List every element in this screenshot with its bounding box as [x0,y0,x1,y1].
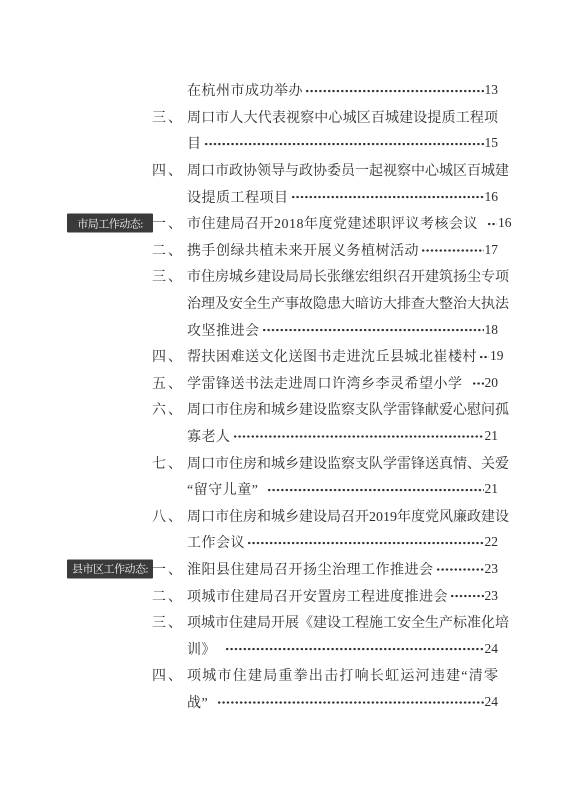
page-number: 24 [485,641,499,657]
toc-line: 四、项城市住建局重拳出击打响长虹运河违建“清零 [0,662,565,689]
toc-line: 二、携手创绿共植未来开展义务植树活动17 [0,237,565,264]
section-badge: 市局工作动态: [67,214,153,233]
item-number: 二、 [152,586,187,606]
item-text: 工作会议 [187,532,245,552]
toc-line: 目15 [0,130,565,157]
item-text: 设提质工程项目 [187,187,289,207]
page-number: 19 [490,348,504,364]
page-number: 22 [485,534,499,550]
dot-leader [233,423,484,450]
item-text: 周口市住房和城乡建设局召开2019年度党风廉政建设 [187,506,509,526]
item-text: “留守儿童” [187,479,258,499]
toc-line: 三、项城市住建局开展《建设工程施工安全生产标准化培 [0,609,565,636]
dot-leader [217,689,483,716]
toc-line: 六、周口市住房和城乡建设监察支队学雷锋献爱心慰问孤 [0,396,565,423]
page-number: 17 [485,242,499,258]
item-number: 一、 [152,213,187,233]
dot-leader [450,582,484,609]
toc-line: 在杭州市成功举办13 [0,77,565,104]
item-number: 三、 [152,612,187,632]
toc-line: “留守儿童”21 [0,476,565,503]
item-text: 周口市人大代表视察中心城区百城建设提质工程项 [187,107,498,127]
item-number: 七、 [152,453,187,473]
item-number: 四、 [152,665,187,685]
item-text: 周口市政协领导与政协委员一起视察中心城区百城建 [187,160,509,180]
item-text: 项城市住建局开展《建设工程施工安全生产标准化培 [187,612,509,632]
dot-leader [479,343,489,370]
toc-line: 治理及安全生产事故隐患大暗访大排查大整治大执法 [0,290,565,317]
item-text: 学雷锋送书法走进周口许湾乡李灵希望小学 [187,373,463,393]
page-number: 21 [485,481,499,497]
page-number: 21 [485,428,499,444]
item-text: 周口市住房和城乡建设监察支队学雷锋献爱心慰问孤 [187,399,509,419]
dot-leader [472,370,484,397]
dot-leader [267,476,483,503]
item-text: 市住建局召开2018年度党建述职评议考核会议 [187,213,478,233]
dot-leader [247,529,484,556]
item-number: 六、 [152,399,187,419]
dot-leader [305,77,484,104]
page-number: 23 [485,561,499,577]
toc: 在杭州市成功举办13三、周口市人大代表视察中心城区百城建设提质工程项目15四、周… [0,77,565,715]
item-text: 目 [187,133,202,153]
item-text: 携手创绿共植未来开展义务植树活动 [187,240,419,260]
toc-line: 四、帮扶困难送文化送图书走进沈丘县城北崔楼村19 [0,343,565,370]
item-number: 八、 [152,506,187,526]
page-number: 16 [498,215,512,231]
item-number: 一、 [152,559,187,579]
page-number: 18 [485,322,499,338]
toc-line: 二、项城市住建局召开安置房工程进度推进会23 [0,582,565,609]
toc-line: 县市区工作动态:一、淮阳县住建局召开扬尘治理工作推进会23 [0,556,565,583]
dot-leader [421,237,484,264]
item-text: 寡老人 [187,426,231,446]
item-text: 淮阳县住建局召开扬尘治理工作推进会 [187,559,434,579]
toc-line: 设提质工程项目16 [0,183,565,210]
toc-line: 七、周口市住房和城乡建设监察支队学雷锋送真情、关爱 [0,449,565,476]
item-number: 四、 [152,160,187,180]
dot-leader [291,183,484,210]
item-number: 五、 [152,373,187,393]
toc-line: 训》24 [0,635,565,662]
item-text: 周口市住房和城乡建设监察支队学雷锋送真情、关爱 [187,453,509,473]
toc-line: 五、学雷锋送书法走进周口许湾乡李灵希望小学20 [0,370,565,397]
page-number: 16 [485,189,499,205]
item-text: 项城市住建局重拳出击打响长虹运河违建“清零 [187,665,498,685]
item-number: 二、 [152,240,187,260]
item-text: 帮扶困难送文化送图书走进沈丘县城北崔楼村 [187,346,477,366]
toc-line: 工作会议22 [0,529,565,556]
toc-line: 三、周口市人大代表视察中心城区百城建设提质工程项 [0,104,565,131]
toc-line: 攻坚推进会18 [0,316,565,343]
page-number: 24 [485,694,499,710]
toc-line: 四、周口市政协领导与政协委员一起视察中心城区百城建 [0,157,565,184]
toc-line: 三、市住房城乡建设局局长张继宏组织召开建筑扬尘专项 [0,263,565,290]
toc-line: 市局工作动态:一、市住建局召开2018年度党建述职评议考核会议16 [0,210,565,237]
item-text: 治理及安全生产事故隐患大暗访大排查大整治大执法 [187,293,509,313]
dot-leader [204,130,484,157]
dot-leader [436,556,484,583]
section-badge: 县市区工作动态: [67,559,153,578]
dot-leader [487,210,497,237]
toc-line: 寡老人21 [0,423,565,450]
item-number: 四、 [152,346,187,366]
item-text: 训》 [187,639,216,659]
item-text: 项城市住建局召开安置房工程进度推进会 [187,586,448,606]
item-text: 市住房城乡建设局局长张继宏组织召开建筑扬尘专项 [187,266,509,286]
item-number: 三、 [152,266,187,286]
page-number: 20 [485,375,499,391]
dot-leader [262,316,484,343]
toc-line: 八、周口市住房和城乡建设局召开2019年度党风廉政建设 [0,503,565,530]
document-page: 在杭州市成功举办13三、周口市人大代表视察中心城区百城建设提质工程项目15四、周… [0,0,565,800]
item-text: 战” [187,692,208,712]
item-text: 在杭州市成功举办 [187,80,303,100]
page-number: 23 [485,588,499,604]
page-number: 15 [485,135,499,151]
item-text: 攻坚推进会 [187,320,260,340]
toc-line: 战”24 [0,689,565,716]
item-number: 三、 [152,107,187,127]
dot-leader [225,635,484,662]
page-number: 13 [485,82,499,98]
